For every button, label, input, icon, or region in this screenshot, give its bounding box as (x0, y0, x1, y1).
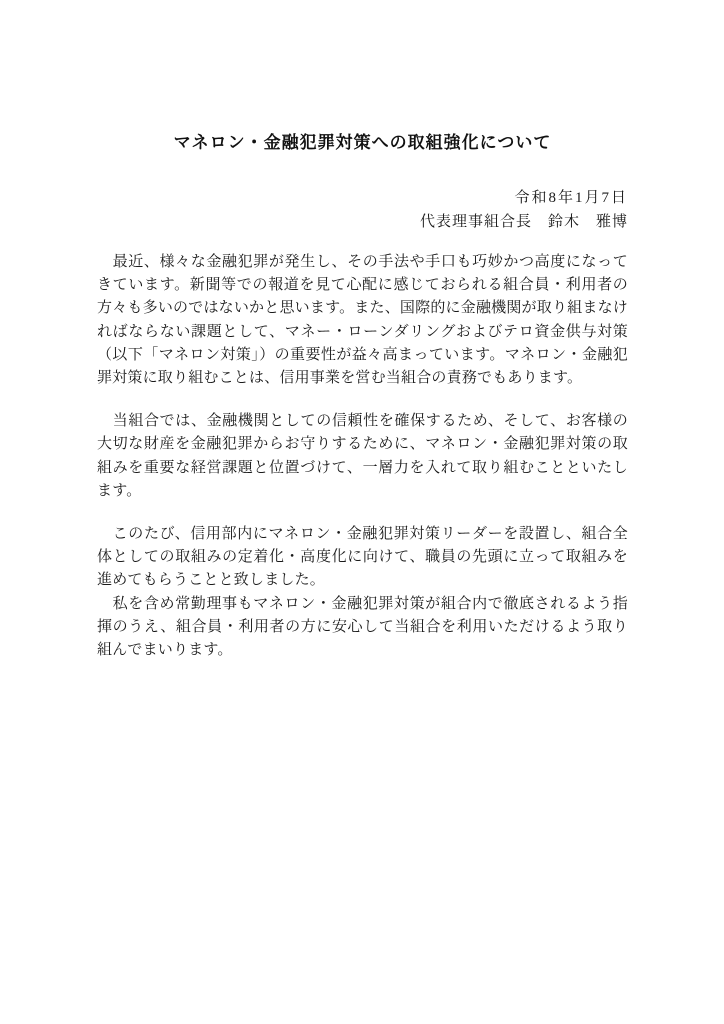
paragraph-3: このたび、信用部内にマネロン・金融犯罪対策リーダーを設置し、組合全体としての取組… (97, 523, 628, 593)
document-content: マネロン・金融犯罪対策への取組強化について 令和8年1月7日 代表理事組合長 鈴… (0, 0, 724, 662)
signature-author: 代表理事組合長 鈴木 雅博 (97, 211, 628, 234)
document-page: マネロン・金融犯罪対策への取組強化について 令和8年1月7日 代表理事組合長 鈴… (0, 0, 724, 1024)
paragraph-1: 最近、様々な金融犯罪が発生し、その手法や手口も巧妙かつ高度になってきています。新… (97, 251, 628, 390)
paragraph-2: 当組合では、金融機関としての信頼性を確保するため、そして、お客様の大切な財産を金… (97, 410, 628, 503)
document-date: 令和8年1月7日 (97, 187, 628, 210)
paragraph-4: 私を含め常勤理事もマネロン・金融犯罪対策が組合内で徹底されるよう指揮のうえ、組合… (97, 593, 628, 663)
document-body: 最近、様々な金融犯罪が発生し、その手法や手口も巧妙かつ高度になってきています。新… (97, 251, 628, 662)
document-title: マネロン・金融犯罪対策への取組強化について (97, 130, 628, 156)
